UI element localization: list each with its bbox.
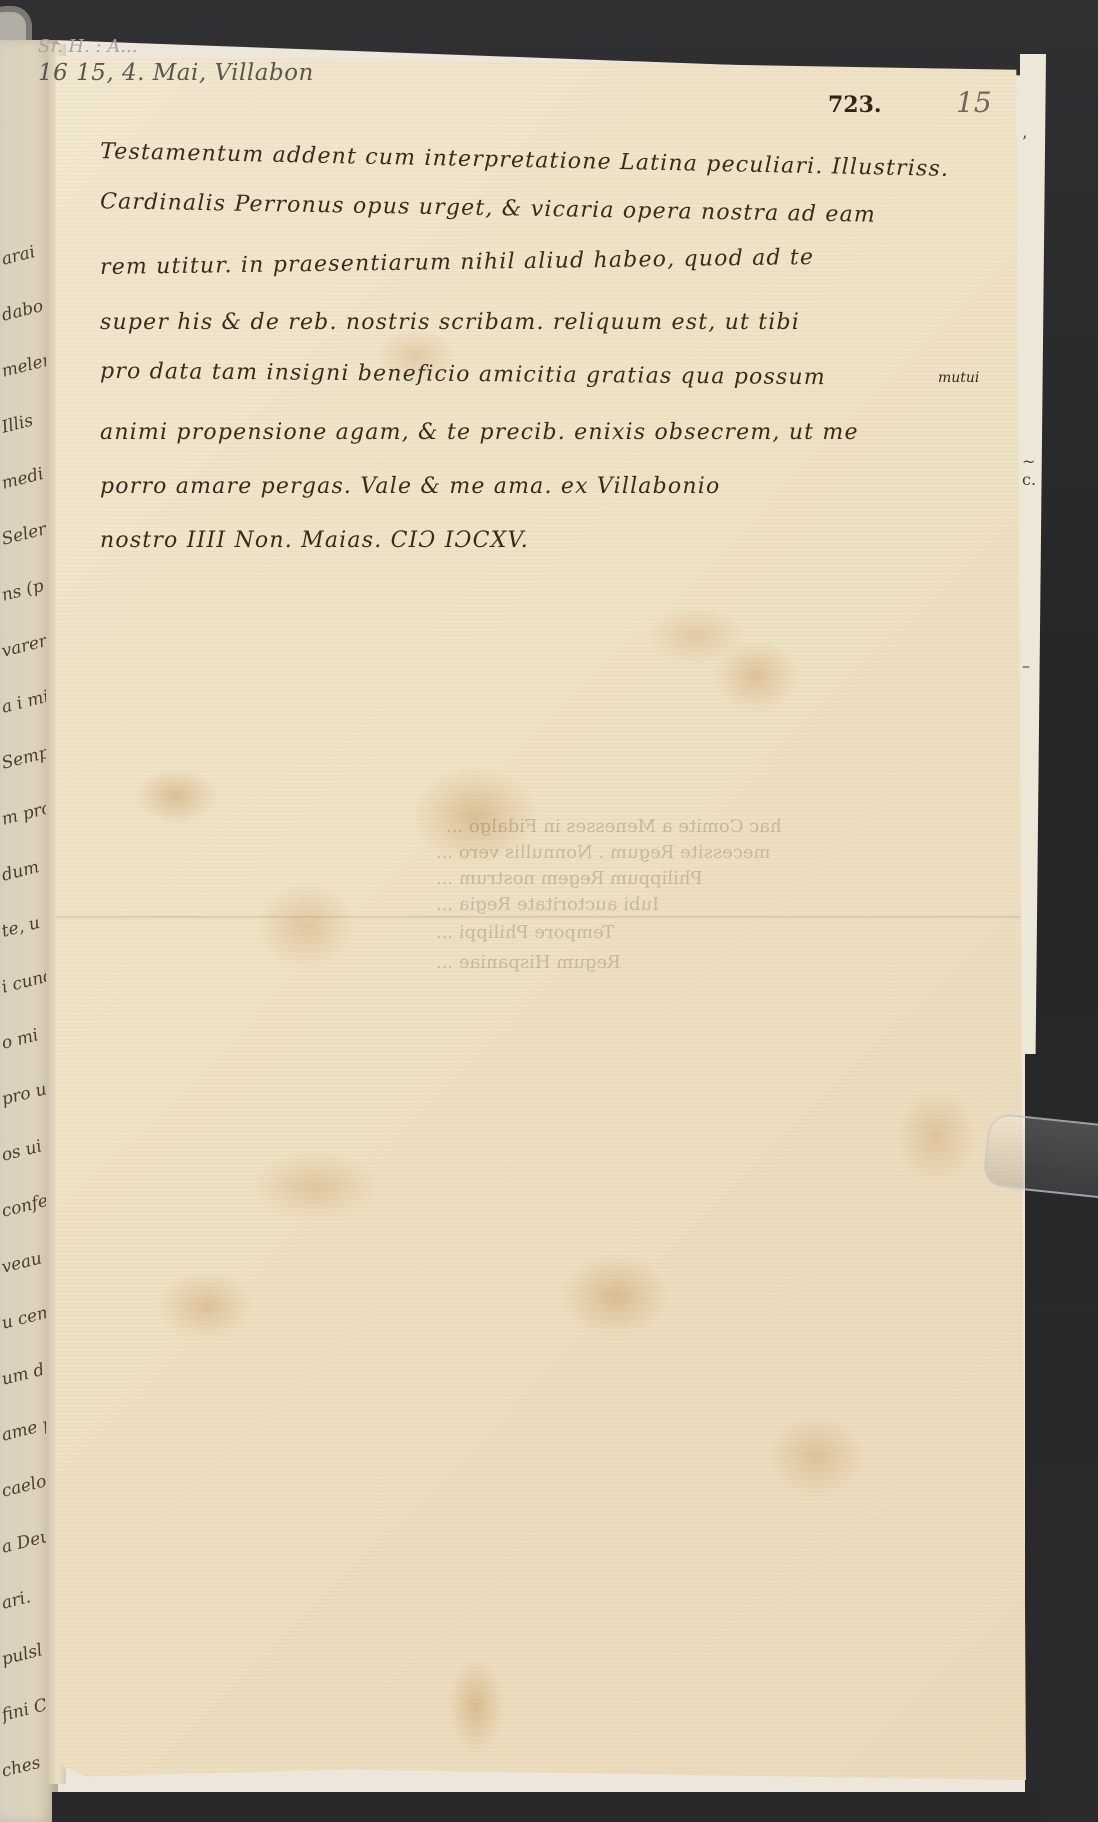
facing-page-fragment: o mi — [0, 1025, 41, 1053]
facing-page-fragment: um d — [0, 1360, 46, 1390]
letter-line-8: nostro IIII Non. Maias. CIƆ IƆCXV. — [100, 528, 529, 553]
margin-mark: ’ — [1022, 132, 1027, 151]
pencil-date-note: 16 15, 4. Mai, Villabon — [38, 60, 314, 86]
scan-backdrop-bottom — [52, 1792, 1042, 1822]
faint-reference-note: Sr. H. : A... — [38, 36, 138, 57]
facing-page-fragment: dum — [0, 857, 41, 886]
facing-page-fragment: confe — [0, 1191, 50, 1222]
facing-page-fragment: te, u — [0, 913, 42, 942]
facing-page-fragment: os ui — [0, 1136, 44, 1165]
facing-page-fragment: a i mi — [0, 687, 51, 718]
facing-page-fragment: pro u — [0, 1079, 49, 1109]
facing-page-fragment: medi — [0, 464, 46, 494]
facing-page-fragment: ns (p — [0, 576, 46, 606]
facing-page-fragment: pulsl — [0, 1640, 45, 1669]
folio-number-ink: 723. — [828, 92, 882, 118]
margin-mark: c. — [1022, 470, 1036, 489]
facing-page-fragment: meler — [0, 350, 53, 381]
facing-page-fragment: arai — [0, 242, 37, 270]
facing-page-fragment: dabo — [0, 296, 45, 326]
facing-page-fragment: veau — [0, 1248, 44, 1277]
letter-line-4: super his & de reb. nostris scribam. rel… — [100, 310, 800, 335]
margin-mark: – — [1022, 656, 1030, 675]
facing-page-fragment: fini C — [0, 1695, 49, 1726]
showthrough-line: mecessite Regum . Nonnullis vero ... — [436, 842, 771, 863]
letter-line-6: animi propensione agam, & te precib. eni… — [100, 420, 859, 445]
facing-page-fragment: caelo — [0, 1471, 48, 1501]
folio-number-pencil: 15 — [956, 86, 992, 119]
facing-page-fragment: ari. — [0, 1587, 33, 1613]
showthrough-line: Iubi auctoritate Regia ... — [436, 894, 659, 915]
interlinear-insertion: mutui — [938, 370, 979, 386]
showthrough-line: Regum Hispaniae ... — [436, 952, 621, 973]
showthrough-line: Tempore Philippi ... — [436, 922, 614, 943]
showthrough-line: hac Comite a Menesses in Fidalgo ... — [446, 816, 782, 837]
facing-page-fragment: Illis — [0, 411, 35, 438]
letter-line-7: porro amare pergas. Vale & me ama. ex Vi… — [100, 474, 720, 499]
showthrough-line: Philippum Regem nostrum ... — [436, 868, 703, 889]
margin-mark: ~ — [1022, 452, 1035, 471]
